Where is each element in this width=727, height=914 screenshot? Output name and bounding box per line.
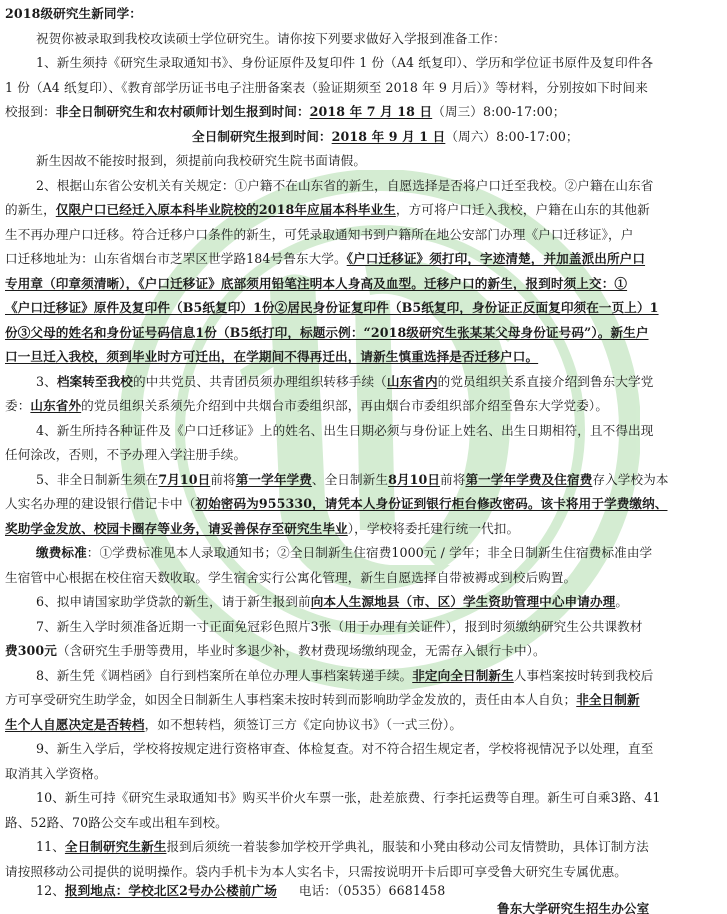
section-9-text: 取消其入学资格。 — [5, 766, 107, 781]
out-of-province-label: 山东省外 — [30, 398, 81, 413]
intro-paragraph: 祝贺你被录取到我校攻读硕士学位研究生。请你按下列要求做好入学报到准备工作： — [0, 31, 506, 47]
part-time-archive-note: 非全日制新 — [576, 692, 639, 707]
section-2-line-4: 口迁移地址为：山东省烟台市芝罘区世学路184号鲁东大学。《户口迁移证》须打印，字… — [5, 251, 645, 267]
full-time-new-student-label: 全日制研究生新生 — [65, 839, 167, 854]
section-2-text: 的新生， — [5, 202, 56, 217]
part-time-registration-label: 非全日制研究生和农村硕师计划生报到时间： — [56, 104, 310, 119]
section-4-text: 4、新生所持各种证件及《户口迁移证》上的姓名、出生日期必须与身份证上姓名、出生日… — [36, 423, 653, 438]
non-directed-full-time-label: 非定向全日制新生 — [412, 668, 514, 683]
fee-standard-line-2: 生宿管中心根据在校住宿天数收取。学生宿舍实行公寓化管理，新生自愿选择自带被褥或到… — [5, 570, 576, 586]
part-time-registration-hours: （周三）8:00-17:00； — [432, 104, 565, 119]
section-11-number: 11、 — [36, 839, 65, 854]
section-8-text: 8、新生凭《调档函》自行到档案所在单位办理人事档案转递手续。 — [36, 668, 412, 683]
section-2-line-6: 《户口迁移证》原件及复印件（B5纸复印）1份②居民身份证复印件（B5纸复印，身份… — [5, 300, 659, 316]
full-time-registration-hours: （周六）8:00-17:00； — [445, 129, 578, 144]
signature: 鲁东大学研究生招生办公室 — [497, 901, 649, 914]
hukou-requirements: 口一旦迁入我校，须到毕业时方可迁出，在学期间不得再迁出，请新生慎重选择是否迁移户… — [5, 349, 538, 364]
fee-standard-label: 缴费标准 — [36, 545, 87, 560]
section-7-line-1: 7、新生入学时须准备近期一寸正面免冠彩色照片3张（用于办理有关证件），报到时须缴… — [0, 619, 643, 635]
section-2-line-5: 专用章（印章须清晰），《户口迁移证》底部须用铅笔注明本人身高及血型。迁移户口的新… — [5, 276, 627, 292]
section-2-line-8: 口一旦迁入我校，须到毕业时方可迁出，在学期间不得再迁出，请新生慎重选择是否迁移户… — [5, 349, 538, 365]
textbook-fee-amount: 费300元 — [5, 643, 57, 658]
section-4-line-2: 任何涂改，否则，不予办理入学注册手续。 — [5, 447, 246, 463]
greeting-text: 2018级研究生新同学： — [5, 6, 142, 21]
section-12-number: 12、 — [36, 883, 65, 898]
section-1-line-3: 校报到：非全日制研究生和农村硕师计划生报到时间：2018 年 7 月 18 日（… — [5, 104, 566, 120]
hukou-eligibility-note: 仅限户口已经迁入原本科毕业院校的2018年应届本科毕业生 — [56, 202, 396, 217]
section-8-text: 人事档案按时转到我校后 — [514, 668, 654, 683]
section-8-text: ，如不想转档，须签订三方《定向协议书》（一式三份）。 — [145, 717, 462, 732]
first-year-tuition-label: 第一学年学费 — [236, 472, 312, 487]
full-time-registration-label: 全日制研究生报到时间： — [192, 129, 332, 144]
section-2-text: ，方可将户口迁入我校，户籍在山东的其他新 — [396, 202, 650, 217]
section-9-text: 9、新生入学后，学校将按规定进行资格审查、体检复查。对不符合招生规定者，学校将视… — [36, 741, 653, 756]
section-4-text: 任何涂改，否则，不予办理入学注册手续。 — [5, 447, 246, 462]
section-3-text: 的党员组织关系须先介绍到中共烟台市委组织部，再由烟台市委组织部介绍至鲁东大学党委… — [81, 398, 608, 413]
section-5-line-2: 人实名办理的建设银行借记卡中（初始密码为955330，请凭本人身份证到银行柜台修… — [5, 496, 667, 512]
section-8-text: 方可享受研究生助学金，如因全日制新生人事档案未按时转到而影响助学金发放的，责任由… — [5, 692, 576, 707]
hukou-address: 口迁移地址为：山东省烟台市芝罘区世学路184号鲁东大学。 — [5, 251, 347, 266]
phone-number: （0535）6681458 — [337, 883, 445, 898]
in-province-label: 山东省内 — [387, 374, 438, 389]
section-1-text: 1、新生须持《研究生录取通知书》、身份证原件及复印件 1 份（A4 纸复印）、学… — [36, 55, 653, 70]
section-6-text: 。 — [615, 594, 628, 609]
section-10-text: 10、新生可持《研究生录取通知书》购买半价火车票一张，赴差旅费、行李托运费等自理… — [36, 790, 660, 805]
section-7-text: （含研究生手册等费用，毕业时多退少补，教材费现场缴纳现金，无需存入银行卡中）。 — [57, 643, 546, 658]
student-loan-office-note: 向本人生源地县（市、区）学生资助管理中心申请办理 — [311, 594, 616, 609]
section-2-line-1: 2、根据山东省公安机关有关规定：①户籍不在山东省的新生，自愿选择是否将户口迁至我… — [0, 178, 653, 194]
section-6-line-1: 6、拟申请国家助学贷款的新生，请于新生报到前向本人生源地县（市、区）学生资助管理… — [0, 594, 628, 610]
full-time-fee-deadline: 8月10日 — [388, 472, 440, 487]
phone-label: 电话： — [299, 883, 337, 898]
section-3-text: 的中共党员、共青团员须办理组织转移手续（ — [133, 374, 387, 389]
section-8-line-3: 生个人自愿决定是否转档，如不想转档，须签订三方《定向协议书》（一式三份）。 — [5, 717, 462, 733]
greeting: 2018级研究生新同学： — [5, 6, 142, 22]
part-time-fee-deadline: 7月10日 — [158, 472, 210, 487]
section-3-line-1: 3、档案转至我校的中共党员、共青团员须办理组织转移手续（山东省内的党员组织关系直… — [0, 374, 653, 390]
part-time-archive-note: 生个人自愿决定是否转档 — [5, 717, 145, 732]
hukou-requirements: 份③父母的姓名和身份证号码信息1份（B5纸打印，标题示例：“2018级研究生张某… — [5, 325, 649, 340]
section-11-line-1: 11、全日制研究生新生报到后须统一着装参加学校开学典礼，服装和小凳由移动公司友情… — [0, 839, 649, 855]
section-11-text: 请按照移动公司提供的说明操作。袋内手机卡为本人实名卡，只需按说明开卡后即可享受鲁… — [5, 864, 627, 879]
fee-standard-line-1: 缴费标准：①学费标准见本人录取通知书；②全日制新生住宿费1000元 / 学年；非… — [0, 545, 652, 561]
section-2-text: 2、根据山东省公安机关有关规定：①户籍不在山东省的新生，自愿选择是否将户口迁至我… — [36, 178, 653, 193]
section-5-text: 、全日制新生 — [312, 472, 388, 487]
section-1-line-4: 全日制研究生报到时间：2018 年 9 月 1 日（周六）8:00-17:00； — [192, 129, 579, 145]
archive-transfer-label: 档案转至我校 — [57, 374, 133, 389]
section-3-number: 3、 — [36, 374, 57, 389]
section-6-text: 6、拟申请国家助学贷款的新生，请于新生报到前 — [36, 594, 311, 609]
section-11-text: 报到后须统一着装参加学校开学典礼，服装和小凳由移动公司友情赞助，具体订制方法 — [166, 839, 648, 854]
section-5-text: 存入学校为本 — [592, 472, 668, 487]
tuition-and-housing-label: 第一学年学费及住宿费 — [465, 472, 592, 487]
section-2-line-7: 份③父母的姓名和身份证号码信息1份（B5纸打印，标题示例：“2018级研究生张某… — [5, 325, 649, 341]
section-1-line-1: 1、新生须持《研究生录取通知书》、身份证原件及复印件 1 份（A4 纸复印）、学… — [0, 55, 653, 71]
section-1-line-5: 新生因故不能按时报到，须提前向我校研究生院书面请假。 — [0, 153, 366, 169]
bank-card-pin-note: 初始密码为955330，请凭本人身份证到银行柜台修改密码。该卡将用于学费缴纳、 — [195, 496, 667, 511]
hukou-requirements: 专用章（印章须清晰），《户口迁移证》底部须用铅笔注明本人身高及血型。迁移户口的新… — [5, 276, 627, 291]
section-5-text: 人实名办理的建设银行借记卡中（ — [5, 496, 195, 511]
section-2-line-2: 的新生，仅限户口已经迁入原本科毕业院校的2018年应届本科毕业生，方可将户口迁入… — [5, 202, 650, 218]
section-5-text: 5、非全日制新生须在 — [36, 472, 158, 487]
intro-text: 祝贺你被录取到我校攻读硕士学位研究生。请你按下列要求做好入学报到准备工作： — [36, 31, 506, 46]
registration-location: 报到地点：学校北区2号办公楼前广场 — [65, 883, 277, 898]
section-10-text: 路、52路、70路公交车或出租车到校。 — [5, 815, 228, 830]
part-time-registration-date: 2018 年 7 月 18 日 — [310, 104, 433, 119]
section-10-line-2: 路、52路、70路公交车或出租车到校。 — [5, 815, 228, 831]
section-5-line-1: 5、非全日制新生须在7月10日前将第一学年学费、全日制新生8月10日前将第一学年… — [0, 472, 669, 488]
section-2-text: 生不再办理户口迁移。符合迁移户口条件的新生，可凭录取通知书到户籍所在地公安部门办… — [5, 227, 633, 242]
section-1-text: 1 份（A4 纸复印）、《教育部学历证书电子注册备案表（验证期须至 2018 年… — [5, 80, 648, 95]
section-8-line-2: 方可享受研究生助学金，如因全日制新生人事档案未按时转到而影响助学金发放的，责任由… — [5, 692, 640, 708]
fee-standard-text: ：①学费标准见本人录取通知书；②全日制新生住宿费1000元 / 学年；非全日制新… — [87, 545, 652, 560]
section-7-line-2: 费300元（含研究生手册等费用，毕业时多退少补，教材费现场缴纳现金，无需存入银行… — [5, 643, 546, 659]
section-5-text: ），学校将委托建行统一代扣。 — [348, 521, 519, 536]
section-3-line-2: 委：山东省外的党员组织关系须先介绍到中共烟台市委组织部，再由烟台市委组织部介绍至… — [5, 398, 608, 414]
fee-standard-text: 生宿管中心根据在校住宿天数收取。学生宿舍实行公寓化管理，新生自愿选择自带被褥或到… — [5, 570, 576, 585]
full-time-registration-date: 2018 年 9 月 1 日 — [332, 129, 446, 144]
section-3-text: 委： — [5, 398, 30, 413]
signature-text: 鲁东大学研究生招生办公室 — [497, 901, 649, 914]
section-11-line-2: 请按照移动公司提供的说明操作。袋内手机卡为本人实名卡，只需按说明开卡后即可享受鲁… — [5, 864, 627, 880]
section-1-line-2: 1 份（A4 纸复印）、《教育部学历证书电子注册备案表（验证期须至 2018 年… — [5, 80, 648, 96]
hukou-requirements: 《户口迁移证》须打印，字迹清楚，并加盖派出所户口 — [347, 251, 645, 266]
section-10-line-1: 10、新生可持《研究生录取通知书》购买半价火车票一张，赴差旅费、行李托运费等自理… — [0, 790, 660, 806]
section-9-line-2: 取消其入学资格。 — [5, 766, 107, 782]
section-7-text: 7、新生入学时须准备近期一寸正面免冠彩色照片3张（用于办理有关证件），报到时须缴… — [36, 619, 643, 634]
section-5-line-3: 奖助学金发放、校园卡圈存等业务，请妥善保存至研究生毕业），学校将委托建行统一代扣… — [5, 521, 519, 537]
bank-card-usage-note: 奖助学金发放、校园卡圈存等业务，请妥善保存至研究生毕业 — [5, 521, 348, 536]
section-5-text: 前将 — [210, 472, 235, 487]
section-9-line-1: 9、新生入学后，学校将按规定进行资格审查、体检复查。对不符合招生规定者，学校将视… — [0, 741, 653, 757]
section-4-line-1: 4、新生所持各种证件及《户口迁移证》上的姓名、出生日期必须与身份证上姓名、出生日… — [0, 423, 653, 439]
section-8-line-1: 8、新生凭《调档函》自行到档案所在单位办理人事档案转递手续。非定向全日制新生人事… — [0, 668, 653, 684]
section-12-line: 12、报到地点：学校北区2号办公楼前广场电话：（0535）6681458 — [0, 883, 445, 899]
section-2-line-3: 生不再办理户口迁移。符合迁移户口条件的新生，可凭录取通知书到户籍所在地公安部门办… — [5, 227, 633, 243]
section-1-text: 校报到： — [5, 104, 56, 119]
hukou-requirements: 《户口迁移证》原件及复印件（B5纸复印）1份②居民身份证复印件（B5纸复印，身份… — [5, 300, 659, 315]
section-3-text: 的党员组织关系直接介绍到鲁东大学党 — [438, 374, 654, 389]
section-5-text: 前将 — [440, 472, 465, 487]
leave-request-note: 新生因故不能按时报到，须提前向我校研究生院书面请假。 — [36, 153, 366, 168]
